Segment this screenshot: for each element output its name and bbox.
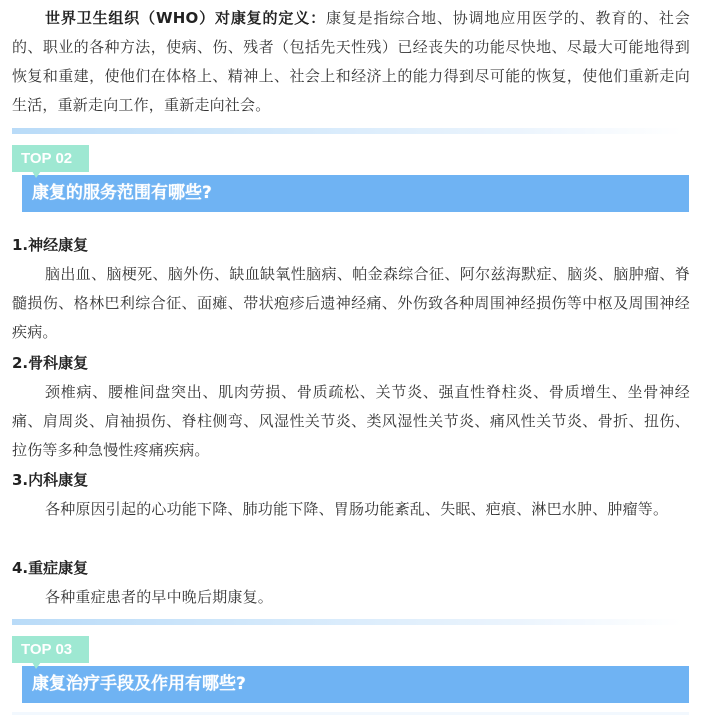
item-text-critical: 各种重症患者的早中晚后期康复。 — [12, 583, 690, 612]
item-text-ortho: 颈椎病、腰椎间盘突出、肌肉劳损、骨质疏松、关节炎、强直性脊柱炎、骨质增生、坐骨神… — [12, 378, 690, 465]
badge-pointer-icon — [32, 662, 41, 669]
section-badge-top03: TOP 03 — [12, 636, 89, 663]
item-heading-critical: 4.重症康复 — [12, 554, 88, 583]
item-text-neuro: 脑出血、脑梗死、脑外伤、缺血缺氧性脑病、帕金森综合征、阿尔兹海默症、脑炎、脑肿瘤… — [12, 260, 690, 347]
item-heading-ortho: 2.骨科康复 — [12, 349, 88, 378]
who-definition-paragraph: 世界卫生组织（WHO）对康复的定义：康复是指综合地、协调地应用医学的、教育的、社… — [12, 4, 690, 120]
who-definition-lead: 世界卫生组织（WHO）对康复的定义： — [45, 9, 326, 27]
badge-label: TOP 02 — [21, 150, 72, 167]
section-title: 康复治疗手段及作用有哪些? — [32, 674, 246, 694]
badge-label: TOP 03 — [21, 641, 72, 658]
article-page: 世界卫生组织（WHO）对康复的定义：康复是指综合地、协调地应用医学的、教育的、社… — [0, 0, 710, 715]
section-title-bar-service-scope: 康复的服务范围有哪些? — [22, 175, 689, 212]
section-divider — [12, 619, 682, 625]
item-text-internal: 各种原因引起的心功能下降、肺功能下降、胃肠功能紊乱、失眠、疤痕、淋巴水肿、肿瘤等… — [12, 495, 690, 524]
section-title-bar-therapy-methods: 康复治疗手段及作用有哪些? — [22, 666, 689, 703]
section-badge-top02: TOP 02 — [12, 145, 89, 172]
section-title: 康复的服务范围有哪些? — [32, 183, 212, 203]
item-heading-neuro: 1.神经康复 — [12, 231, 88, 260]
badge-pointer-icon — [32, 171, 41, 178]
section-divider — [12, 128, 682, 134]
item-heading-internal: 3.内科康复 — [12, 466, 88, 495]
